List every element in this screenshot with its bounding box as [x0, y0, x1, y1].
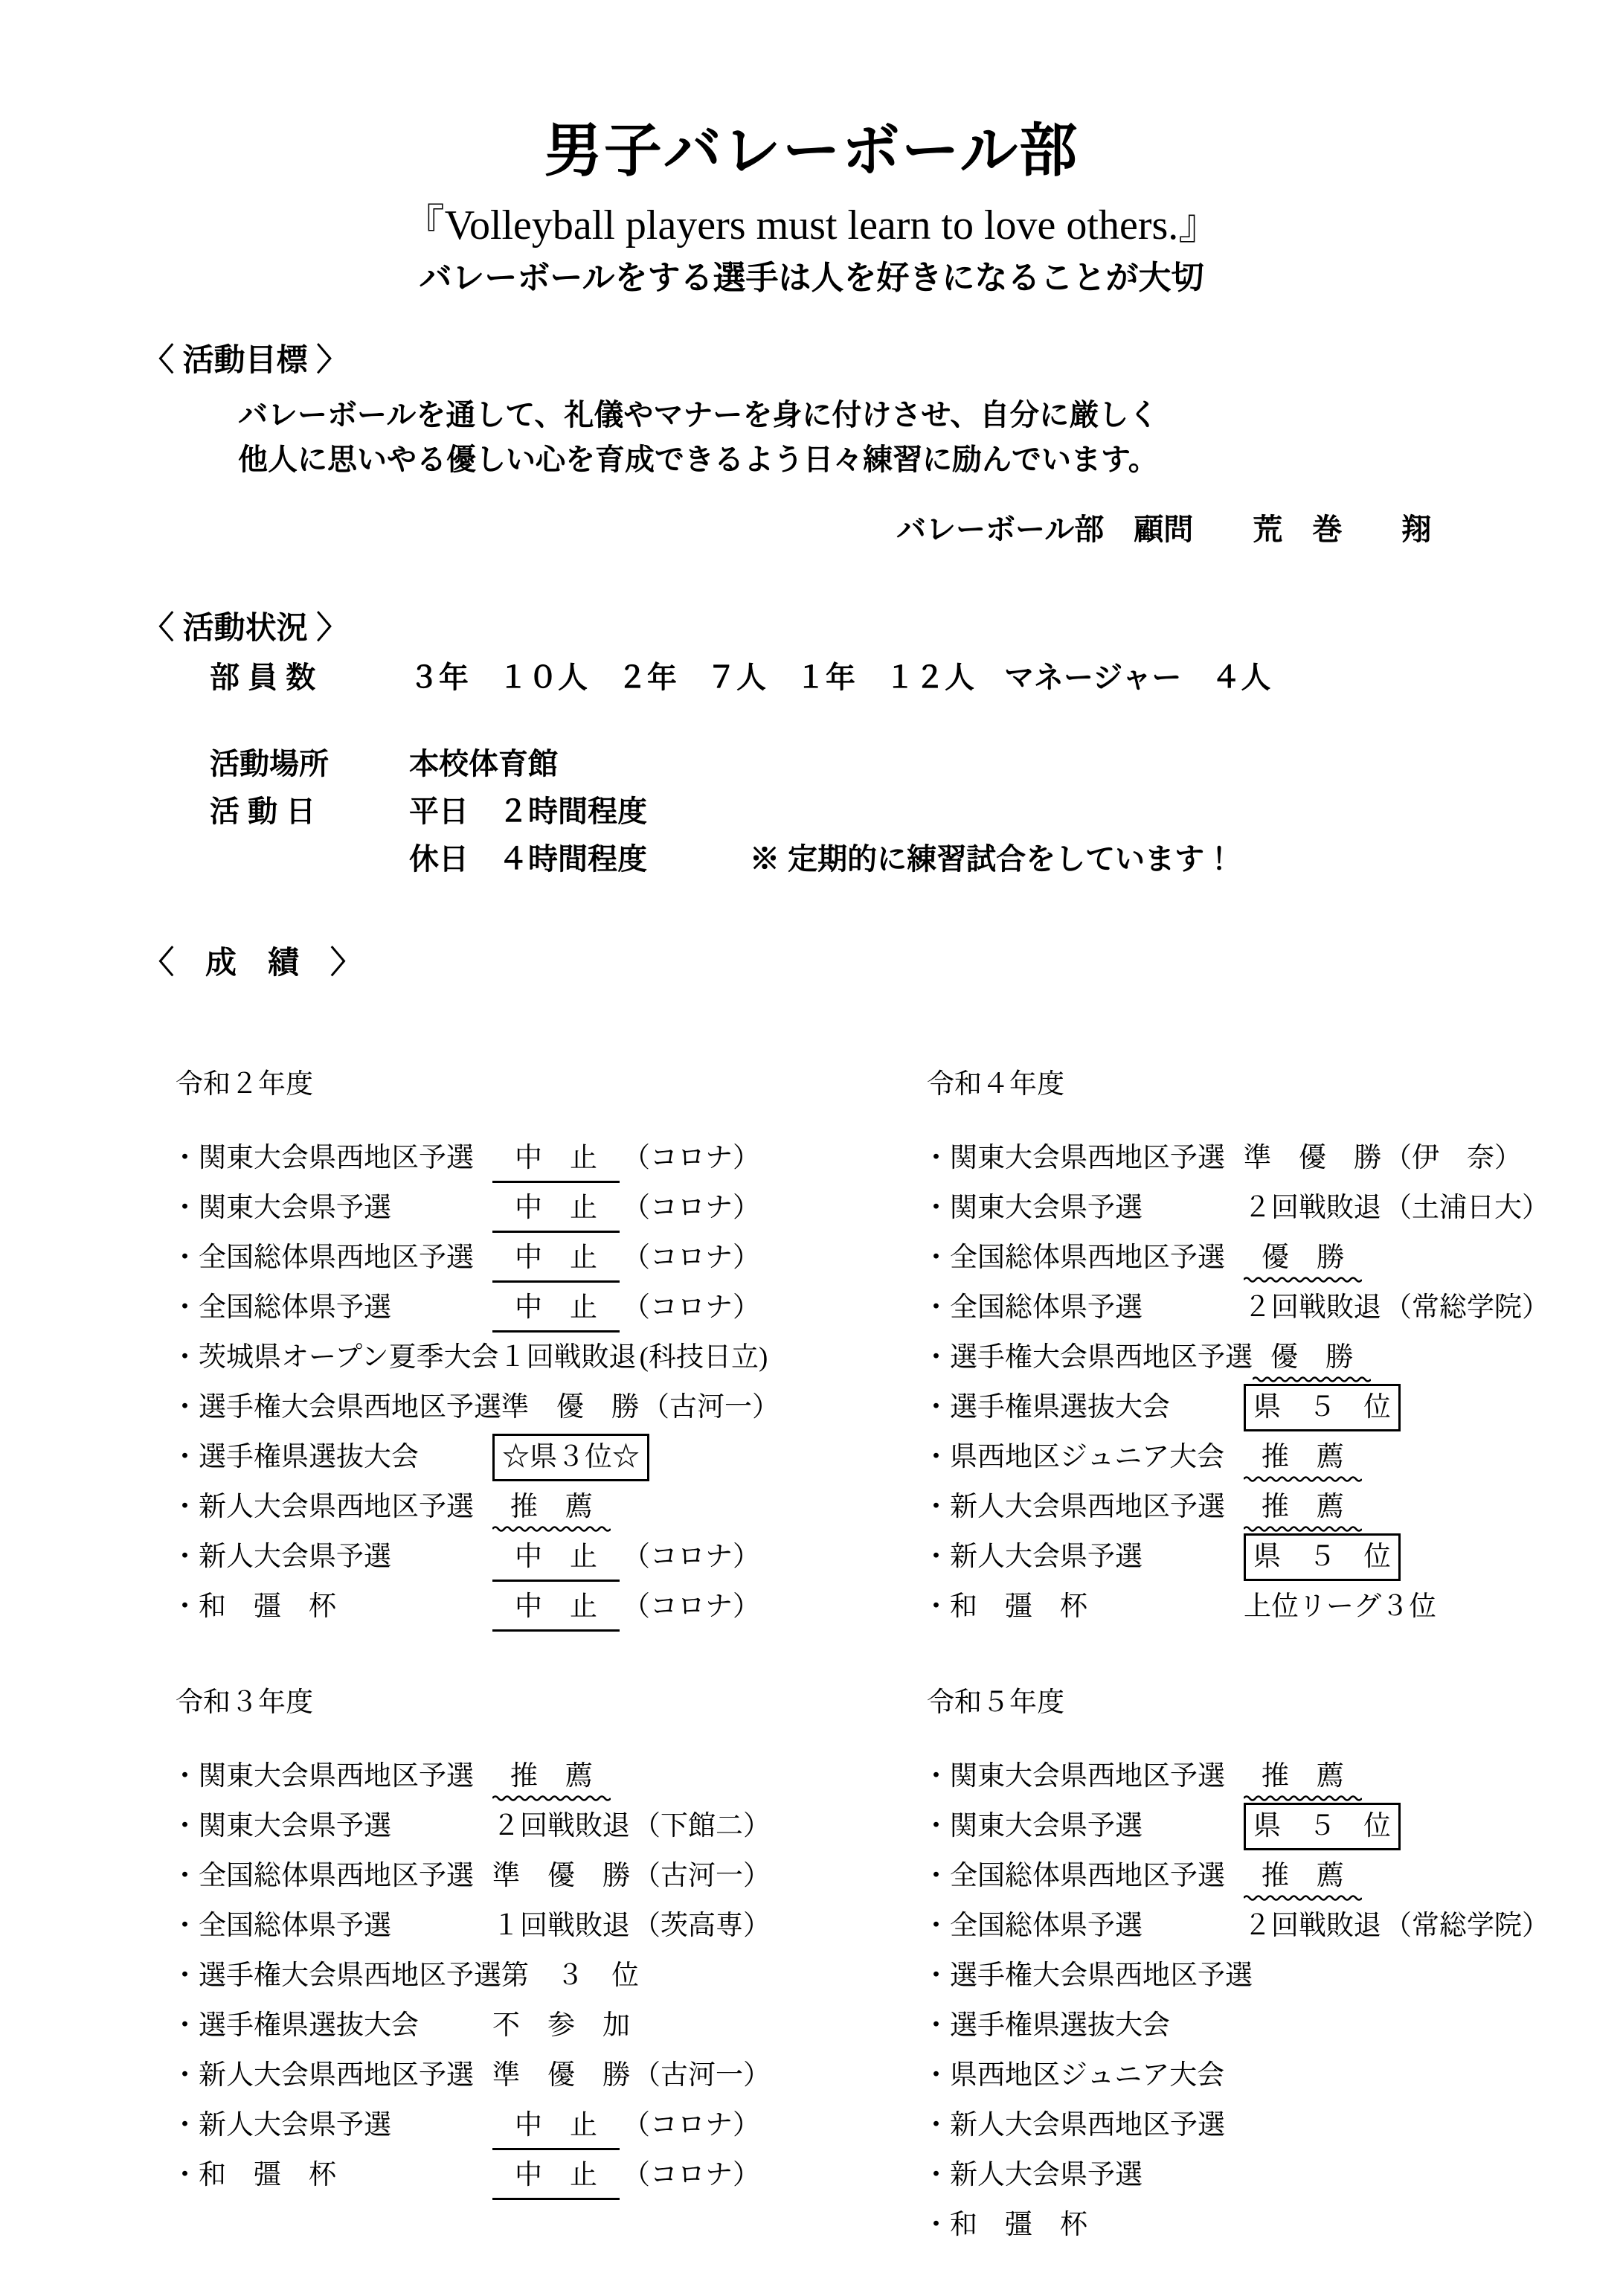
- result-row: ・選手権大会県西地区予選準 優 勝（古河一）: [171, 1382, 841, 1432]
- result-row: ・選手権県選抜大会☆県３位☆: [171, 1432, 841, 1482]
- result-value: 準 優 勝: [492, 1857, 630, 1896]
- result-row: ・選手権大会県西地区予選: [922, 1951, 1592, 2001]
- tournament-label: ・新人大会県予選: [171, 2100, 492, 2150]
- result-row: ・和 彊 杯上位リーグ３位: [922, 1582, 1592, 1632]
- tournament-label: ・新人大会県予選: [171, 1532, 492, 1582]
- result-row: ・県西地区ジュニア大会: [922, 2050, 1592, 2100]
- tournament-label: ・全国総体県西地区予選: [922, 1233, 1244, 1283]
- tournament-label: ・選手権大会県西地区予選: [171, 1382, 501, 1432]
- year-heading: 令和５年度: [927, 1688, 1592, 1718]
- tournament-label: ・全国総体県予選: [171, 1901, 492, 1951]
- opponent-note: （茨高専）: [633, 1901, 771, 1951]
- opponent-note: （コロナ）: [623, 2100, 760, 2150]
- days-label: 活 動 日: [210, 796, 409, 827]
- holiday-hours-value: 休日 ４時間程度: [409, 844, 647, 875]
- status-heading: 〈 活動状況 〉: [143, 612, 1270, 644]
- tournament-label: ・関東大会県西地区予選: [922, 1133, 1244, 1183]
- members-row: 部 員 数 ３年 １０人 ２年 ７人 １年 １２人 マネージャー ４人: [210, 662, 1270, 693]
- opponent-note: (科技日立): [640, 1333, 768, 1382]
- wavy-underline: [1244, 1475, 1362, 1483]
- opponent-note: （常総学院）: [1384, 1901, 1549, 1951]
- year-block: 令和５年度・関東大会県西地区予選推 薦・関東大会県予選県 ５ 位・全国総体県西地…: [922, 1688, 1592, 2250]
- place-value: 本校体育館: [409, 748, 558, 780]
- result-value: 中 止: [492, 1588, 620, 1632]
- tournament-label: ・関東大会県西地区予選: [171, 1133, 492, 1183]
- year-heading: 令和４年度: [927, 1070, 1592, 1100]
- result-value: 中 止: [492, 1538, 620, 1582]
- result-row: ・全国総体県西地区予選優 勝: [922, 1233, 1592, 1283]
- place-label: 活動場所: [210, 748, 409, 780]
- result-row: ・関東大会県西地区予選準 優 勝（伊 奈）: [922, 1133, 1592, 1183]
- result-row: ・新人大会県西地区予選: [922, 2100, 1592, 2150]
- result-value: 中 止: [492, 2156, 620, 2200]
- result-row: ・関東大会県予選中 止（コロナ）: [171, 1183, 841, 1233]
- tournament-label: ・選手権大会県西地区予選: [922, 1951, 1253, 2001]
- wavy-underline: [1244, 1795, 1362, 1802]
- result-value: ２回戦敗退: [492, 1807, 630, 1846]
- result-value: 優 勝: [1253, 1338, 1371, 1377]
- result-value: 中 止: [492, 1239, 620, 1283]
- result-value: 優 勝: [1244, 1239, 1362, 1277]
- tournament-label: ・県西地区ジュニア大会: [922, 1432, 1244, 1482]
- opponent-note: （コロナ）: [623, 1532, 760, 1582]
- tournament-label: ・全国総体県予選: [922, 1283, 1244, 1333]
- result-row: ・和 彊 杯中 止（コロナ）: [171, 1582, 841, 1632]
- opponent-note: （コロナ）: [623, 2150, 760, 2200]
- result-row: ・関東大会県西地区予選推 薦: [922, 1751, 1592, 1801]
- goal-heading: 〈 活動目標 〉: [143, 344, 1158, 376]
- wavy-underline: [1253, 1376, 1371, 1383]
- result-value: ２回戦敗退: [1244, 1907, 1381, 1946]
- tournament-label: ・和 彊 杯: [922, 2200, 1244, 2250]
- document-header: 男子バレーボール部 『Volleyball players must learn…: [0, 113, 1623, 298]
- year-block: 令和３年度・関東大会県西地区予選推 薦・関東大会県予選２回戦敗退（下館二）・全国…: [171, 1688, 841, 2200]
- result-row: ・全国総体県西地区予選中 止（コロナ）: [171, 1233, 841, 1283]
- goal-text-line: バレーボールを通して、礼儀やマナーを身に付けさせ、自分に厳しく: [238, 393, 1158, 437]
- result-row: ・県西地区ジュニア大会推 薦: [922, 1432, 1592, 1482]
- tournament-label: ・新人大会県西地区予選: [171, 1482, 492, 1532]
- year-block: 令和２年度・関東大会県西地区予選中 止（コロナ）・関東大会県予選中 止（コロナ）…: [171, 1070, 841, 1632]
- tournament-label: ・和 彊 杯: [922, 1582, 1244, 1632]
- tournament-label: ・新人大会県予選: [922, 2150, 1244, 2200]
- result-value: 準 優 勝: [492, 2056, 630, 2095]
- result-value: 推 薦: [1244, 1757, 1362, 1796]
- tournament-label: ・和 彊 杯: [171, 1582, 492, 1632]
- result-value: 推 薦: [1244, 1488, 1362, 1527]
- wavy-underline: [1244, 1525, 1362, 1533]
- motto-japanese: バレーボールをする選手は人を好きになることが大切: [0, 259, 1623, 298]
- results-heading: 〈 成 績 〉: [143, 946, 361, 979]
- result-value: 第 ３ 位: [501, 1957, 639, 1995]
- result-row: ・関東大会県予選２回戦敗退（下館二）: [171, 1801, 841, 1851]
- result-row: ・関東大会県西地区予選推 薦: [171, 1751, 841, 1801]
- place-row: 活動場所 本校体育館: [210, 748, 1270, 780]
- wavy-underline: [492, 1795, 611, 1802]
- opponent-note: （コロナ）: [623, 1233, 760, 1283]
- opponent-note: （常総学院）: [1384, 1283, 1549, 1333]
- activity-days-row: 活 動 日 平日 ２時間程度: [210, 796, 1270, 827]
- result-value: 県 ５ 位: [1244, 1533, 1401, 1581]
- result-value: ２回戦敗退: [1244, 1289, 1381, 1327]
- tournament-label: ・選手権県選抜大会: [922, 1382, 1244, 1432]
- result-value: 県 ５ 位: [1244, 1803, 1401, 1850]
- result-row: ・和 彊 杯: [922, 2200, 1592, 2250]
- results-grid: 令和２年度・関東大会県西地区予選中 止（コロナ）・関東大会県予選中 止（コロナ）…: [171, 1070, 1592, 2250]
- result-row: ・和 彊 杯中 止（コロナ）: [171, 2150, 841, 2200]
- results-column-left: 令和２年度・関東大会県西地区予選中 止（コロナ）・関東大会県予選中 止（コロナ）…: [171, 1070, 841, 2250]
- tournament-label: ・全国総体県西地区予選: [171, 1851, 492, 1901]
- year-heading: 令和２年度: [176, 1070, 841, 1100]
- tournament-label: ・関東大会県予選: [171, 1183, 492, 1233]
- tournament-label: ・関東大会県予選: [171, 1801, 492, 1851]
- result-value: 中 止: [492, 1289, 620, 1333]
- result-value: 中 止: [492, 1189, 620, 1233]
- tournament-label: ・選手権県選抜大会: [171, 1432, 492, 1482]
- opponent-note: （古河一）: [633, 2050, 771, 2100]
- tournament-label: ・和 彊 杯: [171, 2150, 492, 2200]
- activity-goal-section: 〈 活動目標 〉 バレーボールを通して、礼儀やマナーを身に付けさせ、自分に厳しく…: [143, 344, 1158, 482]
- practice-note: ※ 定期的に練習試合をしています！: [750, 844, 1234, 875]
- result-row: ・新人大会県予選中 止（コロナ）: [171, 2100, 841, 2150]
- motto-english: 『Volleyball players must learn to love o…: [0, 202, 1623, 248]
- wavy-underline: [1244, 1894, 1362, 1902]
- tournament-label: ・選手権大会県西地区予選: [171, 1951, 501, 2001]
- activity-status-section: 〈 活動状況 〉 部 員 数 ３年 １０人 ２年 ７人 １年 １２人 マネージャ…: [143, 612, 1270, 875]
- tournament-label: ・関東大会県西地区予選: [922, 1751, 1244, 1801]
- result-row: ・新人大会県西地区予選推 薦: [922, 1482, 1592, 1532]
- result-row: ・全国総体県西地区予選推 薦: [922, 1851, 1592, 1901]
- opponent-note: （古河一）: [633, 1851, 771, 1901]
- tournament-label: ・関東大会県予選: [922, 1801, 1244, 1851]
- result-row: ・新人大会県予選県 ５ 位: [922, 1532, 1592, 1582]
- members-label: 部 員 数: [210, 662, 409, 693]
- tournament-label: ・新人大会県西地区予選: [922, 1482, 1244, 1532]
- tournament-label: ・関東大会県予選: [922, 1183, 1244, 1233]
- tournament-label: ・全国総体県予選: [922, 1901, 1244, 1951]
- result-row: ・全国総体県予選中 止（コロナ）: [171, 1283, 841, 1333]
- result-value: 推 薦: [492, 1488, 611, 1527]
- wavy-underline: [1244, 1276, 1362, 1283]
- tournament-label: ・新人大会県予選: [922, 1532, 1244, 1582]
- tournament-label: ・全国総体県予選: [171, 1283, 492, 1333]
- result-value: 不 参 加: [492, 2007, 630, 2045]
- result-value: 県 ５ 位: [1244, 1384, 1401, 1431]
- result-row: ・選手権大会県西地区予選優 勝: [922, 1333, 1592, 1382]
- weekday-hours-value: 平日 ２時間程度: [409, 796, 647, 827]
- tournament-label: ・選手権大会県西地区予選: [922, 1333, 1253, 1382]
- result-value: 準 優 勝: [1244, 1139, 1381, 1178]
- result-row: ・茨城県オープン夏季大会１回戦敗退(科技日立): [171, 1333, 841, 1382]
- tournament-label: ・選手権県選抜大会: [922, 2001, 1244, 2050]
- result-row: ・全国総体県西地区予選準 優 勝（古河一）: [171, 1851, 841, 1901]
- wavy-underline: [492, 1525, 611, 1533]
- result-value: 推 薦: [492, 1757, 611, 1796]
- result-row: ・選手権大会県西地区予選第 ３ 位: [171, 1951, 841, 2001]
- opponent-note: （コロナ）: [623, 1283, 760, 1333]
- results-column-right: 令和４年度・関東大会県西地区予選準 優 勝（伊 奈）・関東大会県予選２回戦敗退（…: [922, 1070, 1592, 2250]
- result-value: 中 止: [492, 2106, 620, 2150]
- opponent-note: （コロナ）: [623, 1133, 760, 1183]
- members-value: ３年 １０人 ２年 ７人 １年 １２人 マネージャー ４人: [409, 662, 1270, 693]
- tournament-label: ・全国総体県西地区予選: [922, 1851, 1244, 1901]
- result-row: ・新人大会県西地区予選推 薦: [171, 1482, 841, 1532]
- tournament-label: ・新人大会県西地区予選: [922, 2100, 1244, 2150]
- result-row: ・選手権県選抜大会県 ５ 位: [922, 1382, 1592, 1432]
- tournament-label: ・関東大会県西地区予選: [171, 1751, 492, 1801]
- goal-text-line: 他人に思いやる優しい心を育成できるよう日々練習に励んでいます。: [238, 437, 1158, 482]
- tournament-label: ・全国総体県西地区予選: [171, 1233, 492, 1283]
- tournament-label: ・県西地区ジュニア大会: [922, 2050, 1244, 2100]
- result-row: ・全国総体県予選２回戦敗退（常総学院）: [922, 1283, 1592, 1333]
- tournament-label: ・新人大会県西地区予選: [171, 2050, 492, 2100]
- opponent-note: （コロナ）: [623, 1582, 760, 1632]
- result-value: ☆県３位☆: [492, 1434, 649, 1481]
- tournament-label: ・茨城県オープン夏季大会: [171, 1333, 499, 1382]
- opponent-note: （伊 奈）: [1384, 1133, 1522, 1183]
- result-row: ・選手権県選抜大会: [922, 2001, 1592, 2050]
- opponent-note: （下館二）: [633, 1801, 771, 1851]
- result-row: ・新人大会県予選中 止（コロナ）: [171, 1532, 841, 1582]
- result-value: ２回戦敗退: [1244, 1189, 1381, 1228]
- result-row: ・選手権県選抜大会不 参 加: [171, 2001, 841, 2050]
- result-row: ・新人大会県予選: [922, 2150, 1592, 2200]
- advisor-line: バレーボール部 顧問 荒 巻 翔: [896, 513, 1431, 546]
- result-value: １回戦敗退: [492, 1907, 630, 1946]
- result-row: ・全国総体県予選２回戦敗退（常総学院）: [922, 1901, 1592, 1951]
- club-info-document: 男子バレーボール部 『Volleyball players must learn…: [0, 0, 1623, 2296]
- result-value: 中 止: [492, 1139, 620, 1183]
- result-value: １回戦敗退: [499, 1338, 637, 1377]
- result-row: ・関東大会県西地区予選中 止（コロナ）: [171, 1133, 841, 1183]
- holiday-hours-row: 休日 ４時間程度 ※ 定期的に練習試合をしています！: [210, 844, 1270, 875]
- opponent-note: （古河一）: [642, 1382, 780, 1432]
- result-row: ・関東大会県予選２回戦敗退（土浦日大）: [922, 1183, 1592, 1233]
- result-row: ・新人大会県西地区予選準 優 勝（古河一）: [171, 2050, 841, 2100]
- result-value: 準 優 勝: [501, 1388, 639, 1427]
- tournament-label: ・選手権県選抜大会: [171, 2001, 492, 2050]
- result-row: ・全国総体県予選１回戦敗退（茨高専）: [171, 1901, 841, 1951]
- year-block: 令和４年度・関東大会県西地区予選準 優 勝（伊 奈）・関東大会県予選２回戦敗退（…: [922, 1070, 1592, 1632]
- year-heading: 令和３年度: [176, 1688, 841, 1718]
- opponent-note: （土浦日大）: [1384, 1183, 1549, 1233]
- result-value: 上位リーグ３位: [1244, 1588, 1436, 1626]
- page-title: 男子バレーボール部: [0, 113, 1623, 187]
- result-value: 推 薦: [1244, 1857, 1362, 1896]
- empty-label: [210, 844, 409, 875]
- result-value: 推 薦: [1244, 1438, 1362, 1477]
- result-row: ・関東大会県予選県 ５ 位: [922, 1801, 1592, 1851]
- opponent-note: （コロナ）: [623, 1183, 760, 1233]
